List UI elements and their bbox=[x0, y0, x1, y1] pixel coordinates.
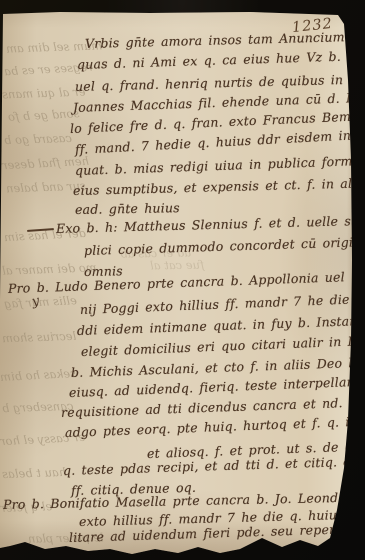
manuscript-line: quas d. ni Ami ex q. ca eius hue Vz b. C… bbox=[77, 47, 365, 72]
bleedthrough-text: er al qui mans bbox=[2, 85, 86, 102]
manuscript-line: nij Poggi exto hillius ff. mandr 7 he di… bbox=[80, 289, 365, 317]
manuscript-line: ead. gn̄te huius bbox=[75, 200, 180, 217]
bleedthrough-text: mo dei maner al bbox=[2, 260, 97, 277]
manuscript-line: Vrbis gn̄te amora insos tam Anuncium bbox=[85, 29, 345, 51]
manuscript-page: mum sel dim am regses er es ba er al qui… bbox=[0, 0, 365, 560]
bleedthrough-text: casard go b bbox=[4, 131, 72, 147]
manuscript-line: plici copie dummodo concordet cū origina… bbox=[84, 232, 365, 258]
manuscript-line: eius sumptibus, et expensis et ct. f. in… bbox=[73, 174, 365, 198]
bleedthrough-text: sekas ho bim bbox=[0, 366, 76, 384]
photo-frame: mum sel dim am regses er es ba er al qui… bbox=[0, 0, 365, 560]
bleedthrough-text: fue cat al bbox=[150, 258, 204, 273]
manuscript-line: quat. b. mias redigi uiua in publica for… bbox=[75, 153, 361, 178]
bleedthrough-text: lecrius shom bbox=[2, 329, 77, 346]
bleedthrough-text: hau t belas bbox=[2, 465, 67, 481]
